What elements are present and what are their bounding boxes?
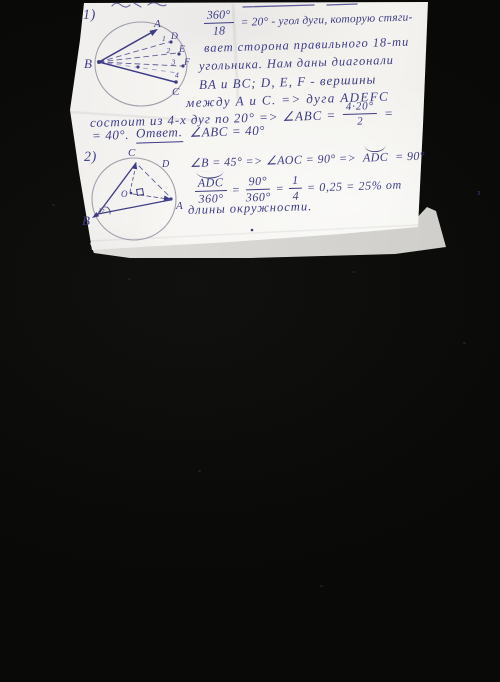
fraction-numerator: 4·20°	[343, 100, 378, 115]
problem2-number: 2)	[84, 150, 97, 166]
point-A2	[169, 197, 172, 200]
fraction-denominator: 18	[213, 24, 226, 39]
chord-BA2	[98, 200, 170, 214]
label-A: A	[153, 18, 161, 30]
problem1-line1-text: = 20° - угол дуги, которую стяги-	[240, 11, 412, 28]
right-angle-mark	[137, 189, 144, 196]
arc-tick-4: 4	[175, 71, 179, 80]
arc-adc: ADC	[363, 150, 389, 166]
result-value: = 40°.	[92, 127, 130, 144]
label-O: O	[121, 189, 128, 199]
fraction-numerator: 90°	[245, 175, 270, 191]
problem1-number: 1)	[83, 8, 96, 24]
label-A2: A	[175, 200, 183, 212]
dashed-CA	[139, 166, 170, 197]
point-C	[174, 80, 178, 84]
point-B	[97, 60, 101, 64]
problem1-diagram: A B D E F C 1 2 3 4	[84, 18, 190, 106]
equals-sign: =	[232, 183, 241, 198]
circle2	[92, 158, 176, 240]
arc-tick-3: 3	[171, 58, 176, 67]
fraction-denominator: 2	[357, 115, 364, 128]
problem2-line1-end: = 90°	[395, 149, 425, 165]
fraction-numerator: 1	[289, 174, 302, 190]
point-O	[130, 192, 133, 195]
scanned-homework-photo: A B D E F C 1 2 3 4	[0, 0, 500, 682]
label-B2: B	[82, 213, 90, 228]
label-C2: C	[128, 147, 136, 159]
radius-OA	[133, 194, 168, 199]
arrowhead-A	[149, 29, 158, 36]
angle-45-label: 45°	[97, 205, 108, 215]
problem1-line6-equals: =	[384, 105, 394, 121]
label-E: E	[178, 45, 185, 55]
label-D2: D	[161, 159, 170, 170]
answer-statement: ∠ABC = 40°	[189, 123, 265, 141]
label-B: B	[84, 56, 92, 71]
edge-mark: з	[476, 188, 480, 197]
arc-tick-1: 1	[162, 34, 166, 43]
equals-sign: =	[275, 181, 284, 196]
fraction-numerator: ADC	[195, 176, 227, 192]
center-dot	[136, 65, 139, 68]
label-F: F	[183, 58, 190, 68]
fraction-numerator: 360°	[204, 8, 234, 24]
dashed-BD	[99, 42, 169, 62]
arc-tick-2: 2	[167, 46, 171, 55]
problem2-diagram: C D O A B 45°	[82, 147, 183, 240]
problem2-line2-tail: = 0,25 = 25% от	[307, 178, 402, 196]
answer-word-underlined: Ответ.	[136, 124, 183, 143]
label-C: C	[172, 86, 180, 98]
fraction-4x20-2: 4·20° 2	[343, 100, 378, 128]
dashed-BE	[99, 53, 177, 62]
label-D: D	[170, 32, 178, 42]
fraction-360-18: 360° 18	[204, 8, 235, 38]
stray-pen-dot	[251, 229, 254, 232]
